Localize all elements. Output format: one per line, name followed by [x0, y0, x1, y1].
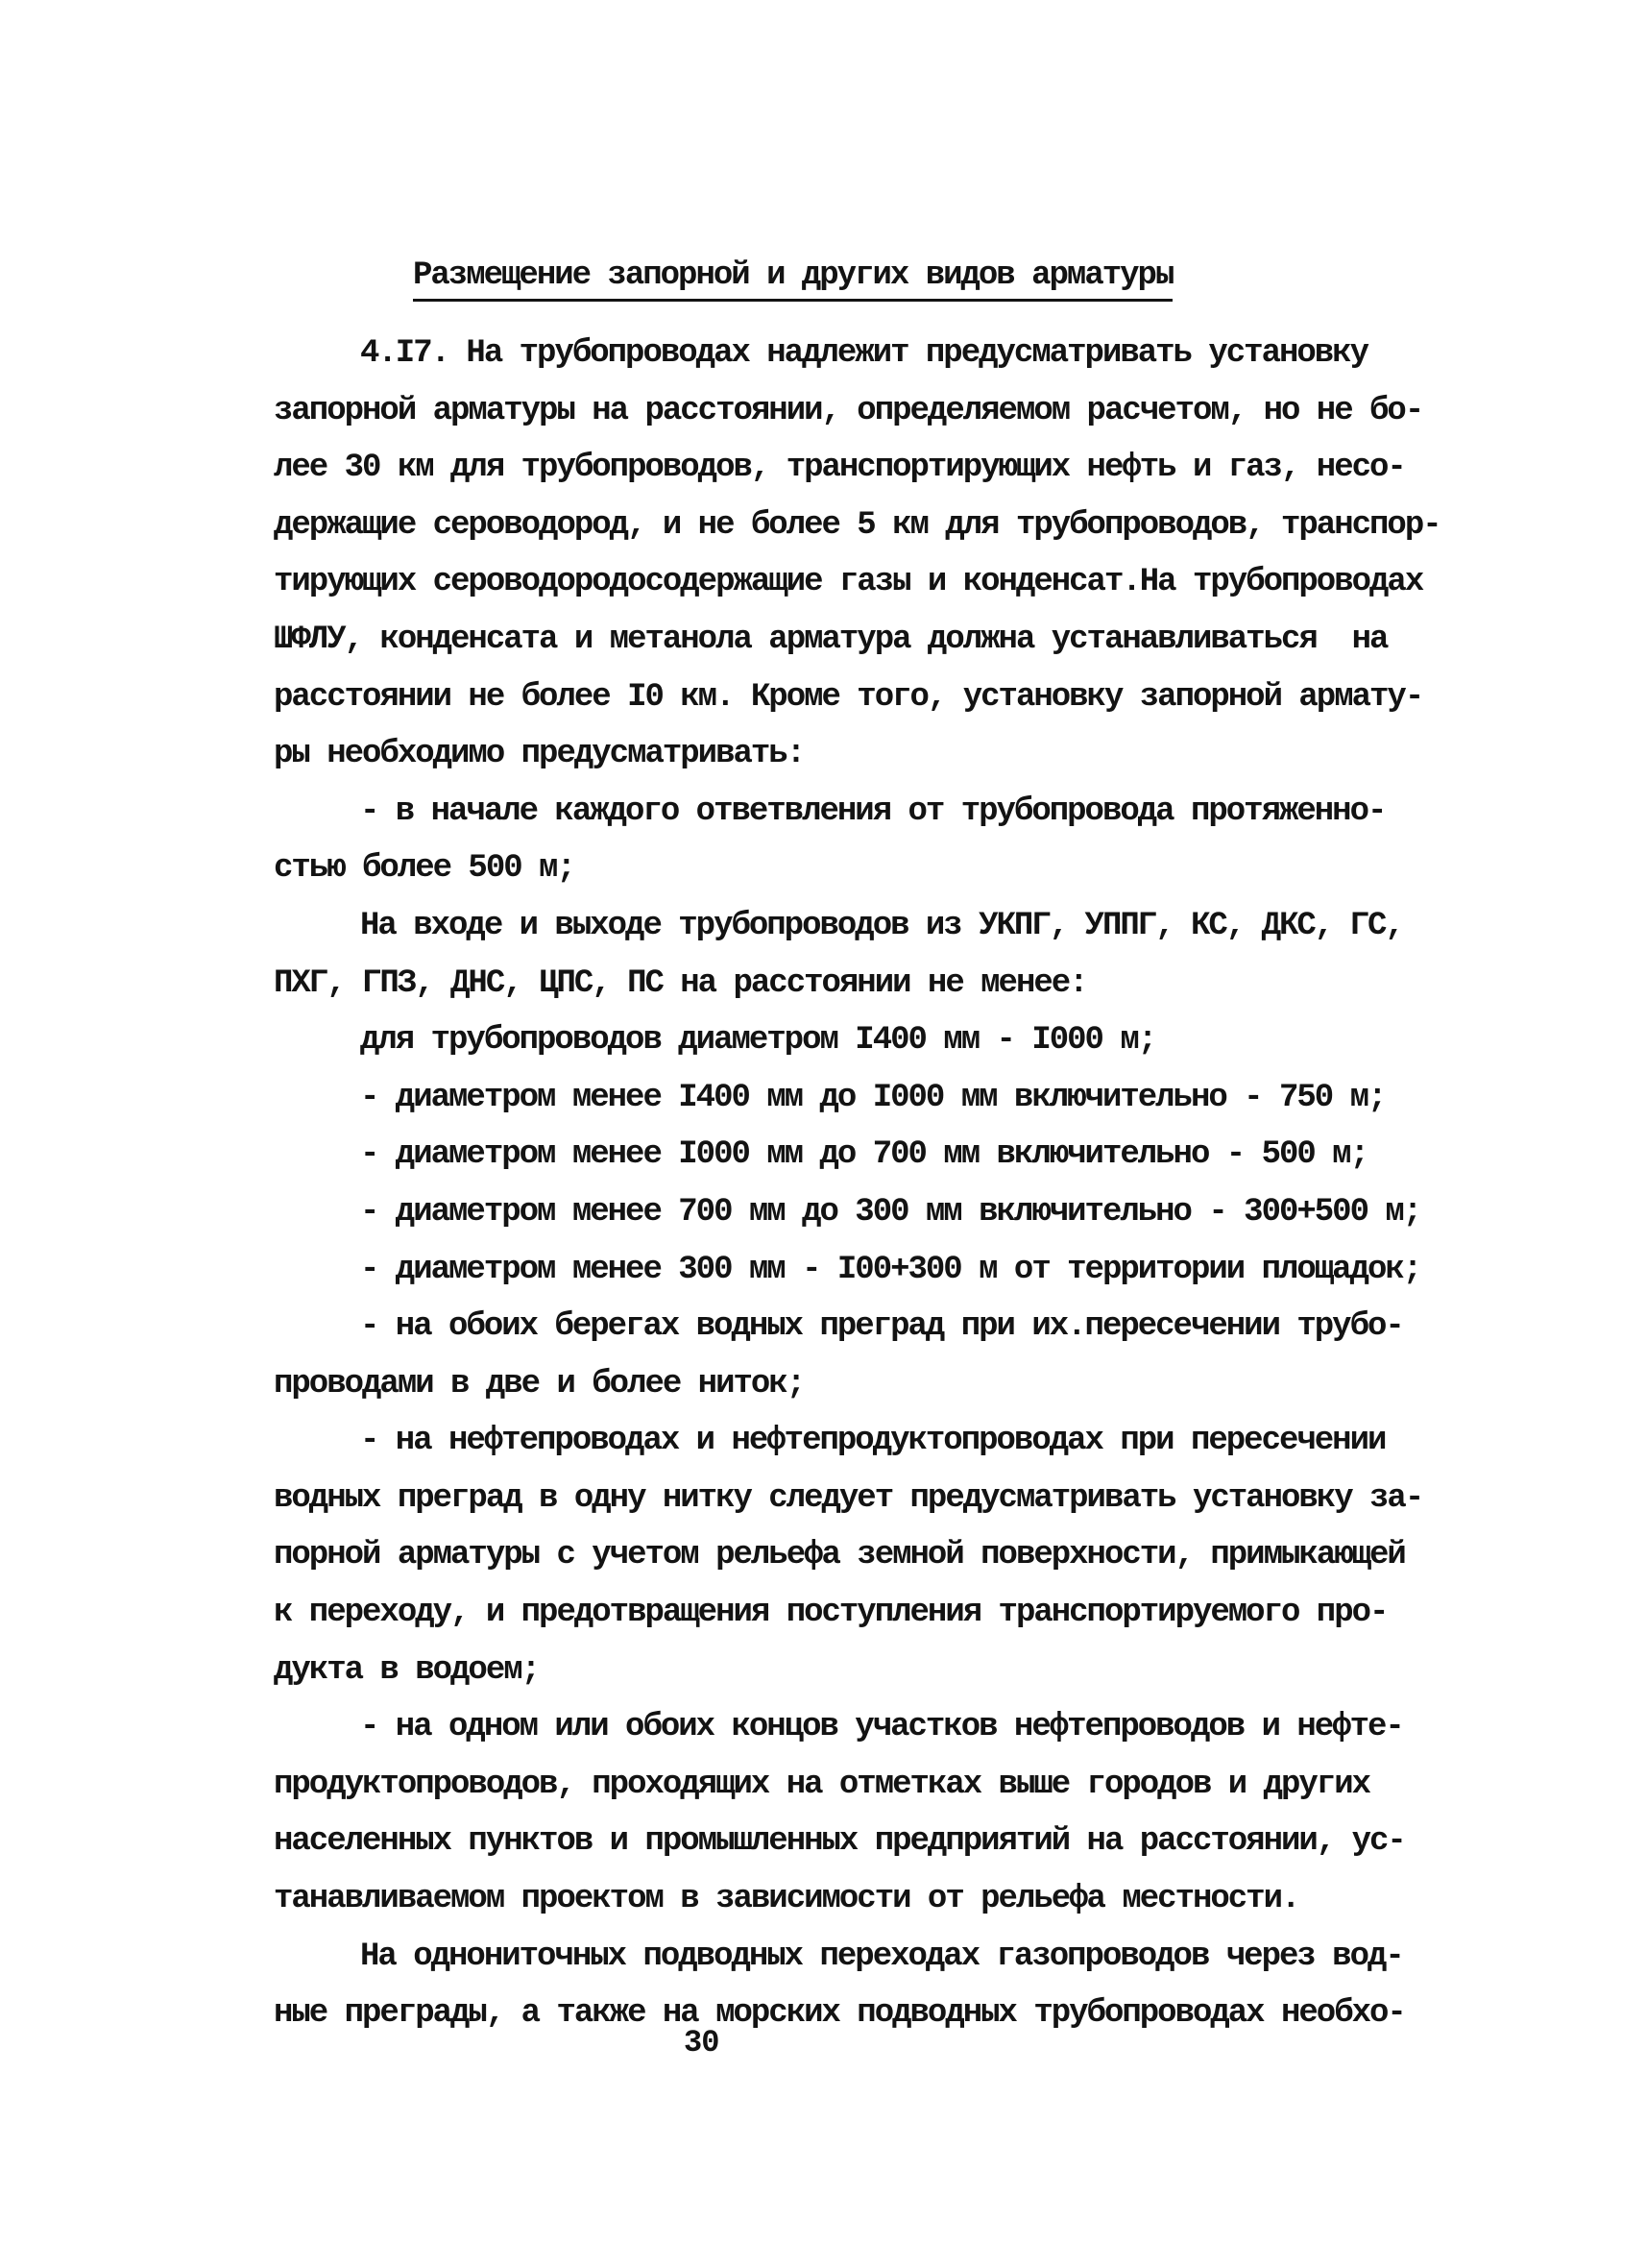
text-line: к переходу, и предотвращения поступления… — [274, 1591, 1484, 1648]
text-line: проводами в две и более ниток; — [274, 1362, 1484, 1420]
text-line: - на одном или обоих концов участков неф… — [274, 1705, 1484, 1763]
text-line: расстоянии не более I0 км. Кроме того, у… — [274, 675, 1484, 733]
text-line: ШФЛУ, конденсата и метанола арматура дол… — [274, 618, 1484, 675]
text-line: тирующих сероводородосодержащие газы и к… — [274, 560, 1484, 618]
text-line: На однониточных подводных переходах газо… — [274, 1935, 1484, 1992]
text-line: - на нефтепроводах и нефтепродуктопровод… — [274, 1419, 1484, 1476]
text-line: На входе и выходе трубопроводов из УКПГ,… — [274, 904, 1484, 962]
text-line: продуктопроводов, проходящих на отметках… — [274, 1763, 1484, 1820]
text-line: населенных пунктов и промышленных предпр… — [274, 1819, 1484, 1877]
text-line: ры необходимо предусматривать: — [274, 732, 1484, 790]
section-heading: Размещение запорной и других видов армат… — [413, 257, 1173, 302]
text-line: 4.I7. На трубопроводах надлежит предусма… — [274, 331, 1484, 389]
text-line: танавливаемом проектом в зависимости от … — [274, 1877, 1484, 1935]
document-body: 4.I7. На трубопроводах надлежит предусма… — [274, 331, 1484, 2049]
text-line: ные преграды, а также на морских подводн… — [274, 1991, 1484, 2049]
text-line: дукта в водоем; — [274, 1648, 1484, 1706]
text-line: - на обоих берегах водных преград при их… — [274, 1305, 1484, 1362]
text-line: - диаметром менее I400 мм до I000 мм вкл… — [274, 1076, 1484, 1134]
text-line: запорной арматуры на расстоянии, определ… — [274, 389, 1484, 447]
text-line: - диаметром менее I000 мм до 700 мм вклю… — [274, 1133, 1484, 1190]
text-line: - диаметром менее 700 мм до 300 мм включ… — [274, 1190, 1484, 1248]
text-line: стью более 500 м; — [274, 846, 1484, 904]
text-line: водных преград в одну нитку следует пред… — [274, 1476, 1484, 1534]
text-line: - диаметром менее 300 мм - I00+300 м от … — [274, 1248, 1484, 1305]
text-line: ПХГ, ГПЗ, ДНС, ЦПС, ПС на расстоянии не … — [274, 962, 1484, 1019]
page-number-label: 30 — [684, 2025, 718, 2061]
text-line: лее 30 км для трубопроводов, транспортир… — [274, 446, 1484, 503]
text-line: держащие сероводород, и не более 5 км дл… — [274, 503, 1484, 561]
text-line: порной арматуры с учетом рельефа земной … — [274, 1533, 1484, 1591]
text-line: - в начале каждого ответвления от трубоп… — [274, 790, 1484, 847]
document-page: Размещение запорной и других видов армат… — [0, 0, 1646, 2268]
text-line: для трубопроводов диаметром I400 мм - I0… — [274, 1018, 1484, 1076]
